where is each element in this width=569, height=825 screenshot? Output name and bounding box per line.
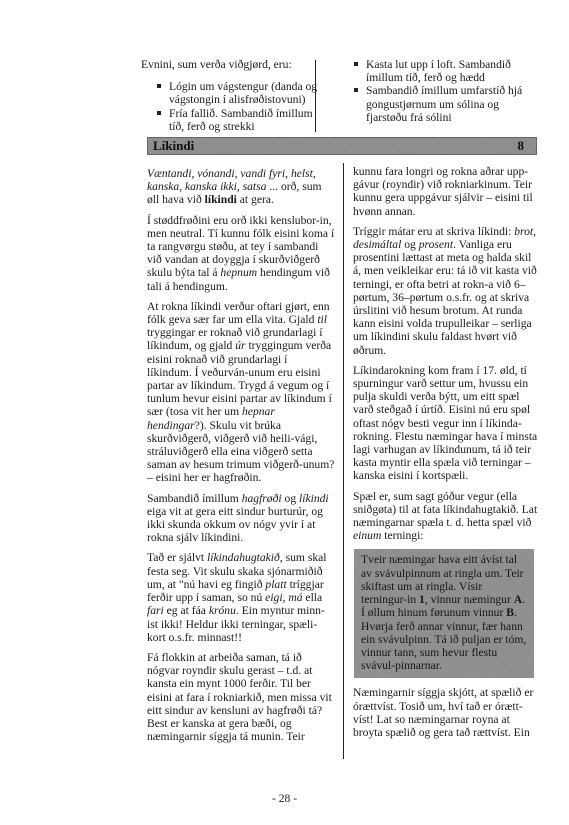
text: At rokna líkindi verður oftari gjørt, en… (147, 300, 330, 326)
paragraph: Sambandið ímillum hagfrøði og líkindi ei… (147, 492, 335, 545)
italic-text: eigi, má (265, 591, 302, 604)
text: , vinnur næmingur (425, 593, 514, 606)
paragraph: Væntandi, vónandi, vandi fyri, helst, ka… (147, 167, 335, 207)
column-divider (343, 163, 344, 759)
text: terningi: (381, 529, 423, 542)
text: og (282, 492, 299, 505)
top-right-column: Kasta lut upp í loft. Sambandið ímillum … (352, 58, 542, 124)
italic-text: líkindi (299, 492, 329, 505)
italic-text: líkindahugtakið (207, 551, 280, 564)
text: , (533, 225, 536, 238)
italic-text: desimáltal (353, 238, 401, 251)
text: Sambandið ímillum (147, 492, 242, 505)
bold-term: B (506, 606, 514, 619)
top-left-column: Evnini, sum verða viðgjørd, eru: Lógin u… (141, 58, 319, 133)
left-bullet-list: Lógin um vágstengur (danda og vágstongin… (155, 80, 319, 133)
italic-text: brot (514, 225, 533, 238)
paragraph: Í støddfrøðini eru orð ikki kenslubor-in… (147, 214, 335, 293)
text: eiga vit at gera eitt sindur burturúr, o… (147, 505, 323, 544)
paragraph: Líkindarokning kom fram í 17. øld, tí sp… (353, 364, 541, 483)
paragraph: Fá flokkin at arbeiða saman, tá ið nógva… (147, 651, 335, 743)
column-divider (315, 60, 316, 132)
paragraph: Spæl er, sum sagt góður vegur (ella snið… (353, 490, 541, 543)
paragraph: Tað er sjálvt líkindahugtakið, sum skal … (147, 551, 335, 643)
text: . Vanliga eru prosentini lættast at meta… (353, 238, 537, 357)
game-rules-box: Tveir næmingar hava eitt ávíst tal av sv… (354, 549, 534, 678)
italic-text: til (317, 313, 327, 326)
italic-text: einum (353, 529, 381, 542)
italic-text: hepnum (220, 266, 257, 279)
text: eg at fáa (164, 604, 209, 617)
left-column: Væntandi, vónandi, vandi fyri, helst, ka… (147, 167, 335, 750)
italic-text: fari (147, 604, 164, 617)
bold-term: líkindi (205, 193, 237, 206)
section-header-bar: Líkindi 8 (147, 137, 537, 155)
italic-text: krónu (209, 604, 236, 617)
section-number: 8 (518, 138, 525, 154)
bullet-item: Kasta lut upp í loft. Sambandið ímillum … (352, 58, 542, 84)
bullet-item: Lógin um vágstengur (danda og vágstongin… (155, 80, 319, 106)
paragraph: At rokna líkindi verður oftari gjørt, en… (147, 300, 335, 485)
text: Tríggir mátar eru at skriva líkindi: (353, 225, 514, 238)
page-number: - 28 - (0, 792, 569, 805)
bullet-item: Sambandið ímillum umfarstíð hjá gongustj… (352, 84, 542, 124)
text: at gera. (237, 193, 274, 206)
right-bullet-list: Kasta lut upp í loft. Sambandið ímillum … (352, 58, 542, 124)
bullet-item: Fría fallið. Sambandið ímillum tíð, ferð… (155, 107, 319, 133)
text: Tað er sjálvt (147, 551, 207, 564)
paragraph: Næmingarnir síggja skjótt, at spælið er … (353, 686, 541, 739)
text: og (401, 238, 418, 251)
text: Spæl er, sum sagt góður vegur (ella snið… (353, 490, 537, 529)
italic-text: hagfrøði (242, 492, 282, 505)
text: ella (303, 591, 323, 604)
paragraph: Tríggir mátar eru at skriva líkindi: bro… (353, 225, 541, 357)
document-page: Evnini, sum verða viðgjørd, eru: Lógin u… (0, 0, 569, 825)
intro-text: Evnini, sum verða viðgjørd, eru: (141, 58, 319, 71)
bold-term: A (514, 593, 522, 606)
section-title: Líkindi (153, 138, 194, 154)
italic-text: platt (265, 578, 286, 591)
italic-text: prosent (419, 238, 453, 251)
paragraph: kunnu fara longri og rokna aðrar upp-gáv… (353, 165, 541, 218)
italic-text: úr (235, 339, 245, 352)
right-column: kunnu fara longri og rokna aðrar upp-gáv… (353, 165, 541, 746)
